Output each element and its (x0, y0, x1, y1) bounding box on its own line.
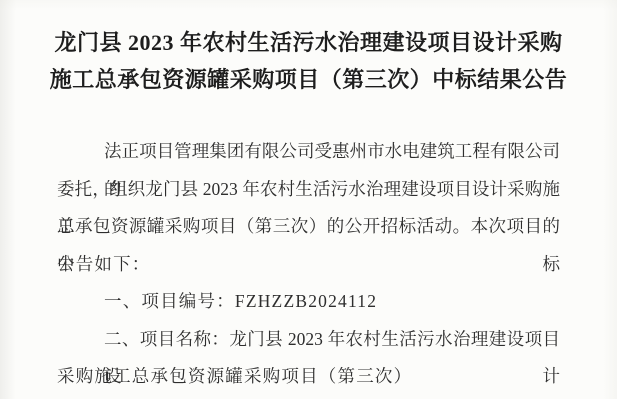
document-title: 龙门县 2023 年农村生活污水治理建设项目设计采购 施工总承包资源罐采购项目（… (28, 24, 589, 98)
intro-line-1: 法正项目管理集团有限公司受惠州市水电建筑工程有限公司的 (57, 133, 560, 171)
document-body: 法正项目管理集团有限公司受惠州市水电建筑工程有限公司的 委托，组织龙门县 202… (57, 133, 560, 396)
scanned-document-page: 龙门县 2023 年农村生活污水治理建设项目设计采购 施工总承包资源罐采购项目（… (0, 0, 617, 399)
intro-line-2: 委托，组织龙门县 2023 年农村生活污水治理建设项目设计采购施工 (57, 171, 560, 209)
item-project-number: 一、项目编号：FZHZZB2024112 (57, 283, 560, 321)
title-line-2: 施工总承包资源罐采购项目（第三次）中标结果公告 (28, 61, 589, 98)
item-project-name-line-1: 二、项目名称：龙门县 2023 年农村生活污水治理建设项目设计 (57, 321, 560, 359)
intro-line-3: 总承包资源罐采购项目（第三次）的公开招标活动。本次项目的中标 (57, 208, 560, 246)
title-line-1: 龙门县 2023 年农村生活污水治理建设项目设计采购 (28, 24, 589, 61)
